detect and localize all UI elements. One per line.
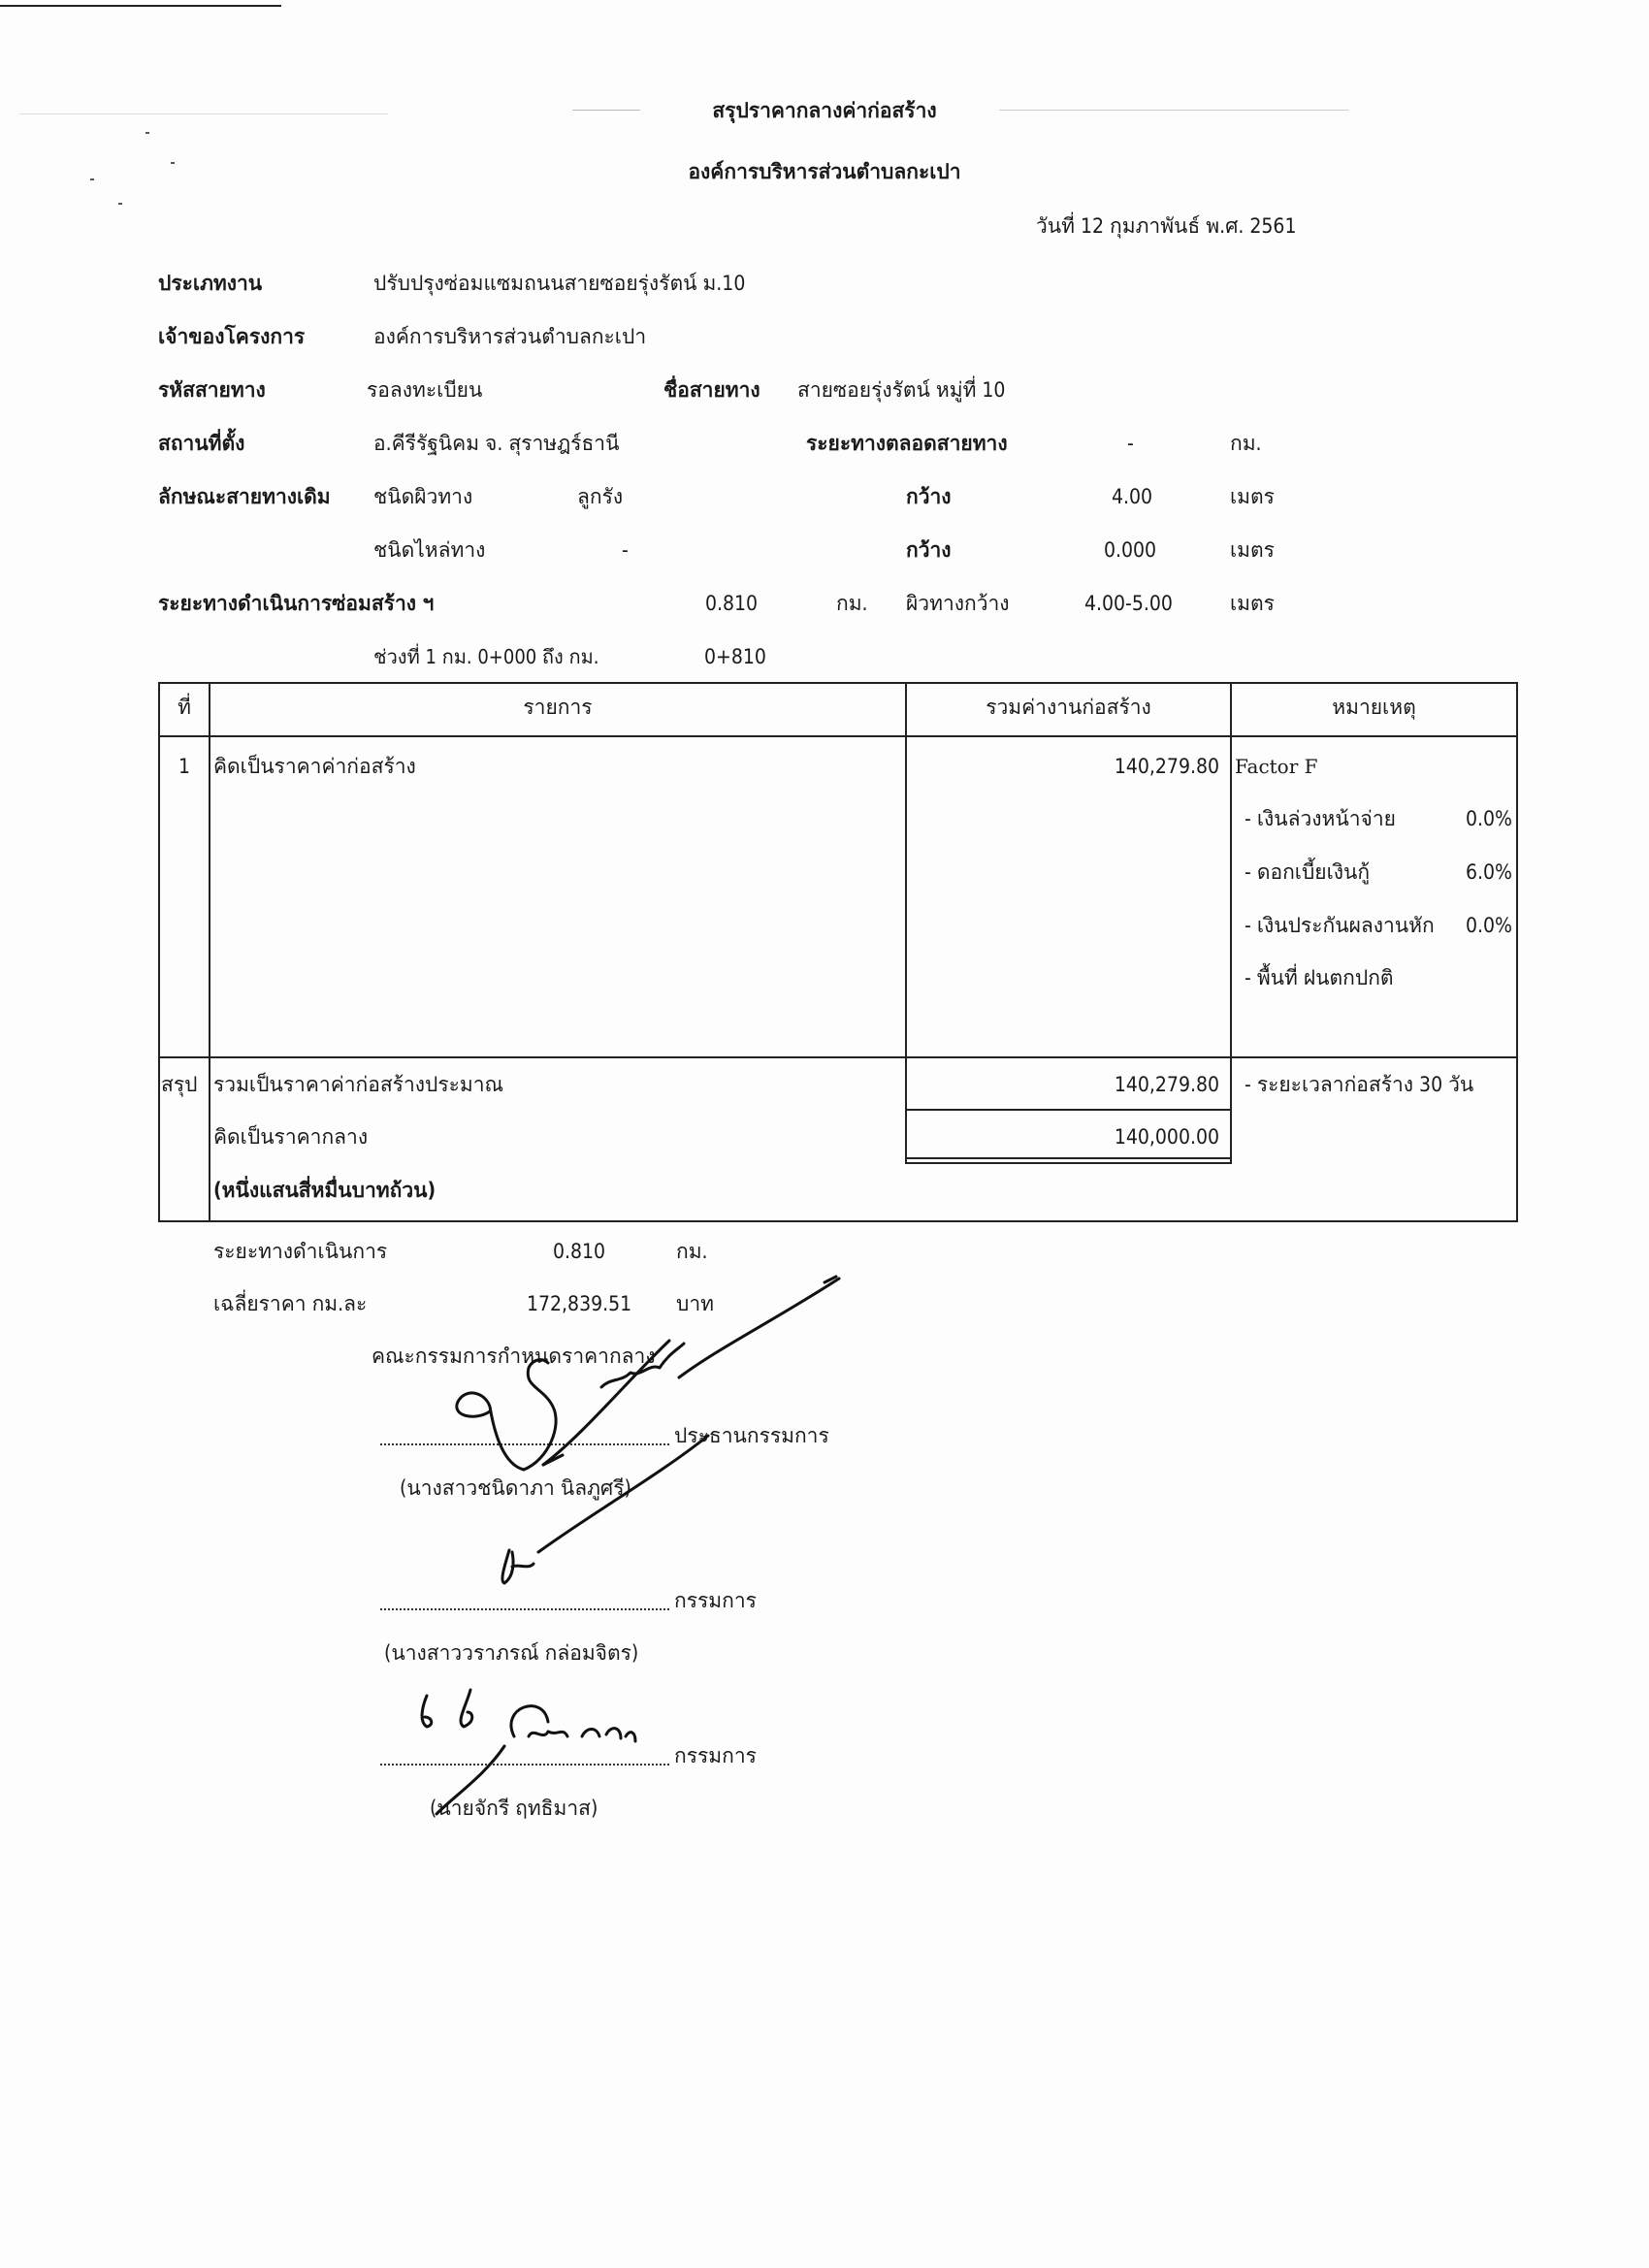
signature-member-3 — [422, 1690, 635, 1814]
signature-chairman — [457, 1277, 839, 1470]
handwritten-signatures — [0, 0, 1649, 2268]
signature-member-1 — [502, 1436, 708, 1583]
